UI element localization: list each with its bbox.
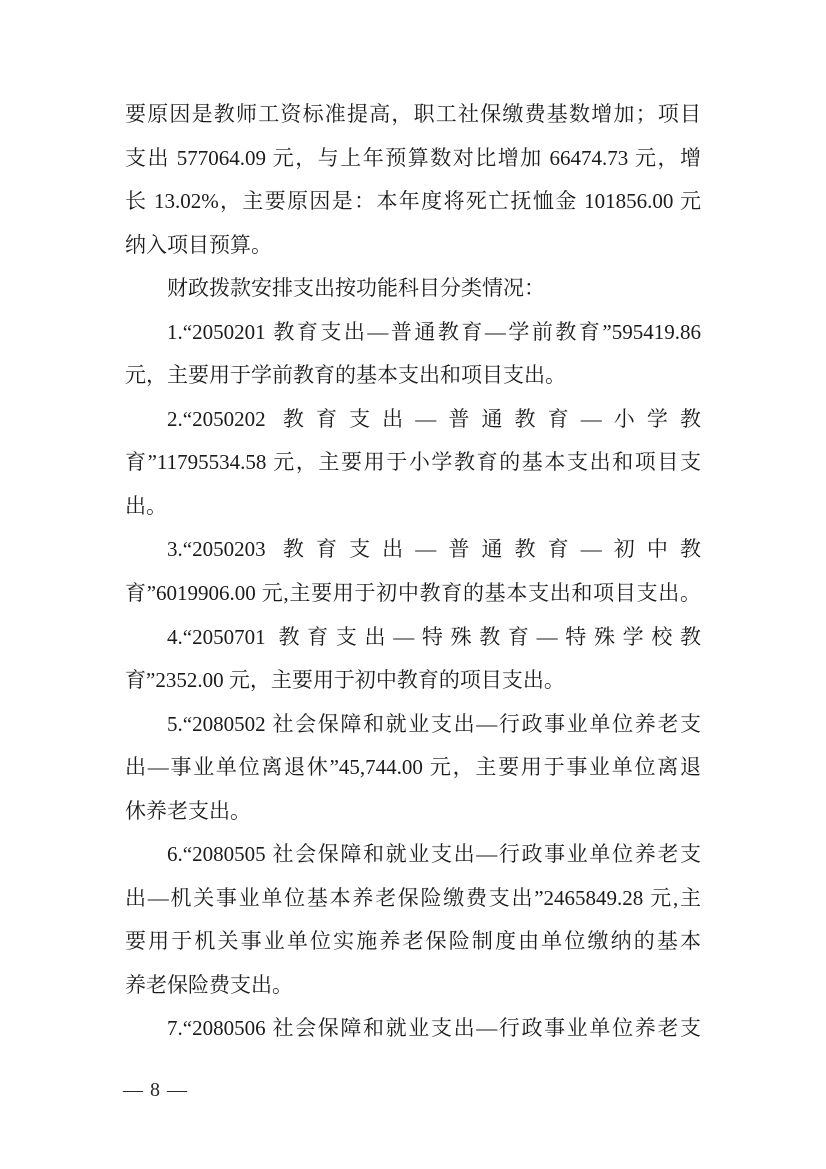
- text-line: 5.“2080502 社会保障和就业支出—行政事业单位养老支: [125, 703, 701, 747]
- text-line: 3.“2050203 教育支出—普通教育—初中教: [125, 528, 701, 572]
- text-line: 育”6019906.00 元,主要用于初中教育的基本支出和项目支出。: [125, 572, 701, 616]
- text-line: 育”11795534.58 元，主要用于小学教育的基本支出和项目支: [125, 441, 701, 485]
- text-line: 6.“2080505 社会保障和就业支出—行政事业单位养老支: [125, 833, 701, 877]
- text-line: 养老保险费支出。: [125, 964, 701, 1008]
- text-line: 出。: [125, 485, 701, 529]
- text-line: 出—事业单位离退休”45,744.00 元，主要用于事业单位离退: [125, 746, 701, 790]
- text-line: 休养老支出。: [125, 790, 701, 834]
- text-line: 4.“2050701 教育支出—特殊教育—特殊学校教: [125, 616, 701, 660]
- text-line: 元，主要用于学前教育的基本支出和项目支出。: [125, 354, 701, 398]
- text-line: 要用于机关事业单位实施养老保险制度由单位缴纳的基本: [125, 920, 701, 964]
- page-number: — 8 —: [123, 1076, 188, 1104]
- text-line: 长 13.02%，主要原因是：本年度将死亡抚恤金 101856.00 元: [125, 180, 701, 224]
- text-line: 财政拨款安排支出按功能科目分类情况：: [125, 267, 701, 311]
- document-page: 要原因是教师工资标准提高，职工社保缴费基数增加；项目支出 577064.09 元…: [0, 0, 826, 1169]
- text-line: 2.“2050202 教育支出—普通教育—小学教: [125, 398, 701, 442]
- text-line: 育”2352.00 元，主要用于初中教育的项目支出。: [125, 659, 701, 703]
- text-line: 要原因是教师工资标准提高，职工社保缴费基数增加；项目: [125, 93, 701, 137]
- text-line: 出—机关事业单位基本养老保险缴费支出”2465849.28 元,主: [125, 877, 701, 921]
- text-line: 支出 577064.09 元，与上年预算数对比增加 66474.73 元，增: [125, 137, 701, 181]
- text-line: 纳入项目预算。: [125, 224, 701, 268]
- document-body: 要原因是教师工资标准提高，职工社保缴费基数增加；项目支出 577064.09 元…: [125, 93, 701, 1051]
- text-line: 7.“2080506 社会保障和就业支出—行政事业单位养老支: [125, 1007, 701, 1051]
- text-line: 1.“2050201 教育支出—普通教育—学前教育”595419.86: [125, 311, 701, 355]
